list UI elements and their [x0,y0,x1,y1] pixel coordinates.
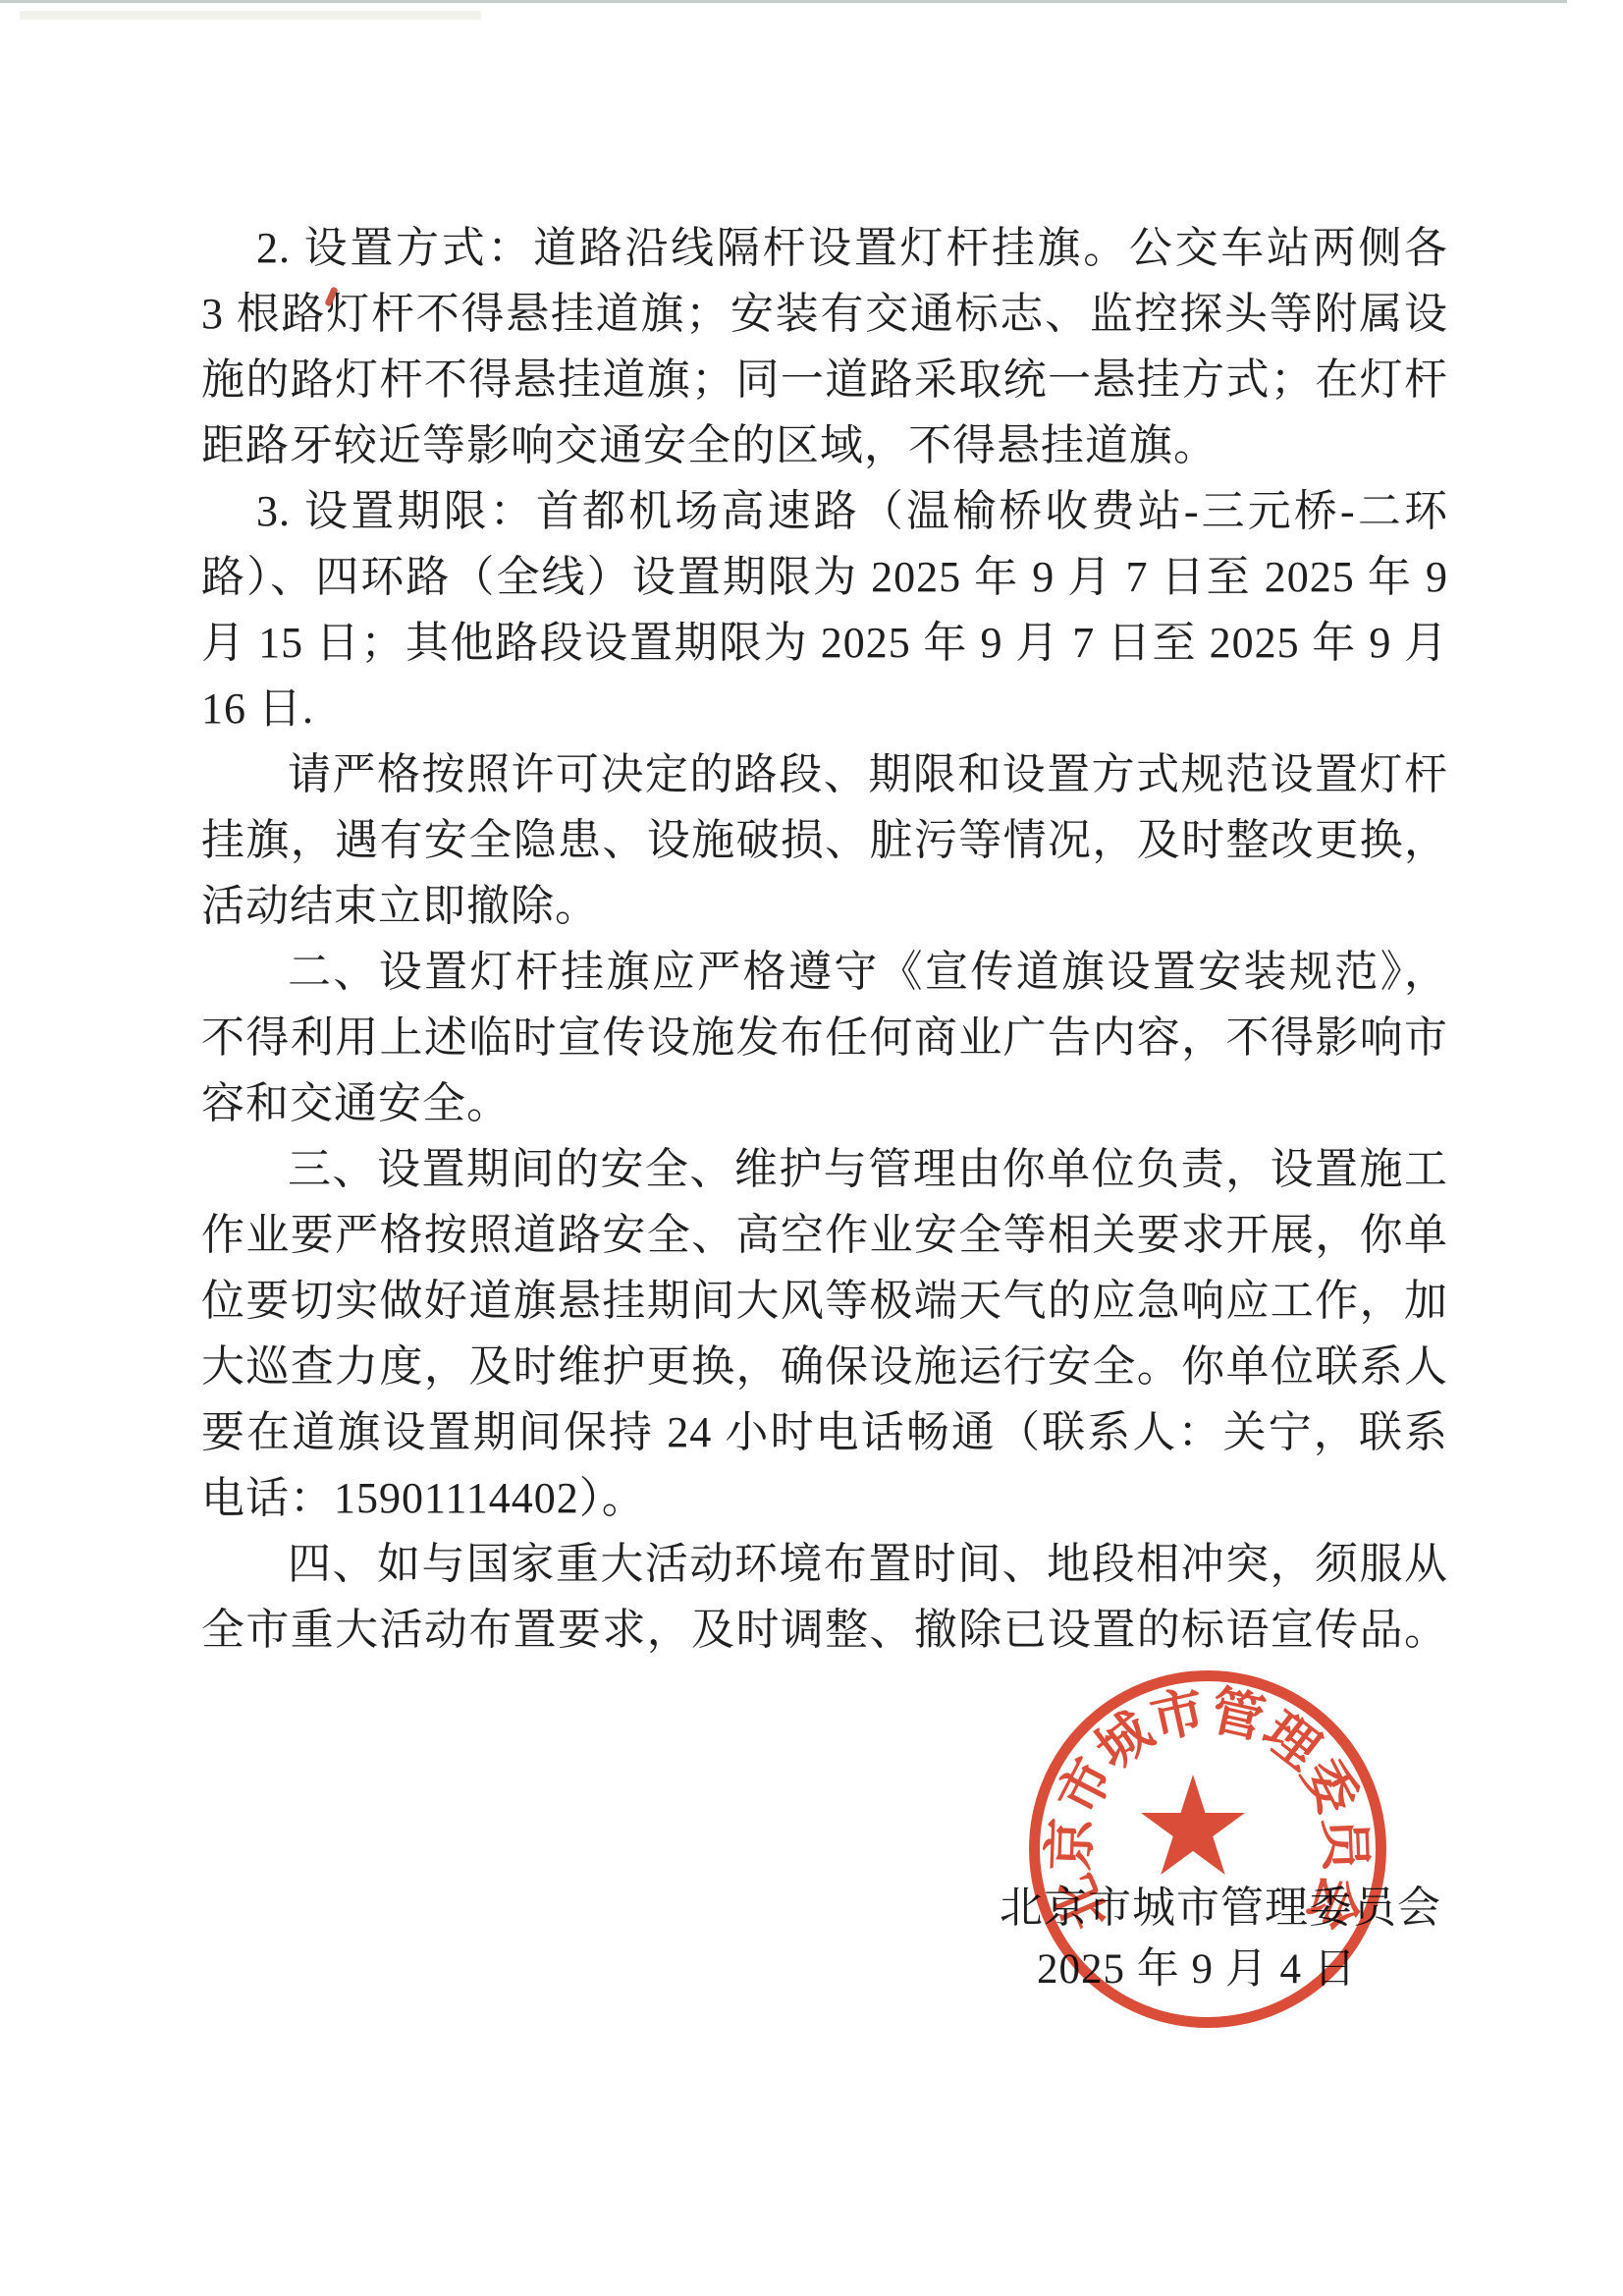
text-line: 路）、四环路（全线）设置期限为 2025 年 9 月 7 日至 2025 年 9 [201,544,1448,610]
scan-edge-artifact [0,0,1567,3]
text-line: 电话：15901114402）。 [201,1465,1448,1531]
document-page: 2. 设置方式：道路沿线隔杆设置灯杆挂旗。公交车站两侧各3 根路灯杆不得悬挂道旗… [0,0,1623,2296]
text-line: 大巡查力度，及时维护更换，确保设施运行安全。你单位联系人 [201,1334,1448,1399]
text-line: 要在道旗设置期间保持 24 小时电话畅通（联系人：关宁，联系 [201,1399,1448,1465]
letter-body: 2. 设置方式：道路沿线隔杆设置灯杆挂旗。公交车站两侧各3 根路灯杆不得悬挂道旗… [201,215,1448,1663]
text-line: 3. 设置期限：首都机场高速路（温榆桥收费站-三元桥-二环 [201,478,1448,544]
seal-curved-char: 市 [1036,1744,1127,1826]
scan-smudge-artifact [20,11,481,20]
text-line: 2. 设置方式：道路沿线隔杆设置灯杆挂旗。公交车站两侧各 [201,215,1448,281]
text-line: 三、设置期间的安全、维护与管理由你单位负责，设置施工 [201,1136,1448,1202]
seal-curved-char: 市 [1143,1668,1211,1754]
text-line: 不得利用上述临时宣传设施发布任何商业广告内容，不得影响市 [201,1005,1448,1070]
text-line: 作业要严格按照道路安全、高空作业安全等相关要求开展，你单 [201,1202,1448,1268]
seal-curved-char: 理 [1250,1691,1338,1783]
seal-curved-char: 管 [1205,1668,1272,1754]
text-line: 16 日. [201,676,1448,741]
seal-curved-char: 委 [1287,1744,1379,1826]
issue-date: 2025 年 9 月 4 日 [1037,1936,1357,1995]
issuer-signature: 北京市城市管理委员会 [1000,1872,1441,1935]
seal-curved-char: 员 [1310,1816,1387,1872]
text-line: 施的路灯杆不得悬挂道旗；同一道路采取统一悬挂方式；在灯杆 [201,347,1448,412]
text-line: 3 根路灯杆不得悬挂道旗；安装有交通标志、监控探头等附属设 [201,281,1448,347]
text-line: 请严格按照许可决定的路段、期限和设置方式规范设置灯杆 [201,741,1448,807]
text-line: 位要切实做好道旗悬挂期间大风等极端天气的应急响应工作，加 [201,1268,1448,1334]
text-line: 活动结束立即撤除。 [201,873,1448,939]
seal-curved-char: 京 [1028,1816,1106,1872]
text-line: 挂旗，遇有安全隐患、设施破损、脏污等情况，及时整改更换， [201,807,1448,873]
text-line: 距路牙较近等影响交通安全的区域，不得悬挂道旗。 [201,412,1448,478]
text-line: 月 15 日；其他路段设置期限为 2025 年 9 月 7 日至 2025 年 … [201,610,1448,676]
text-line: 二、设置灯杆挂旗应严格遵守《宣传道旗设置安装规范》， [201,939,1448,1005]
seal-curved-char: 城 [1077,1691,1165,1783]
seal-star-icon [1141,1775,1245,1875]
text-line: 容和交通安全。 [201,1070,1448,1136]
text-line: 全市重大活动布置要求，及时调整、撤除已设置的标语宣传品。 [201,1597,1448,1663]
text-line: 四、如与国家重大活动环境布置时间、地段相冲突，须服从 [201,1531,1448,1597]
